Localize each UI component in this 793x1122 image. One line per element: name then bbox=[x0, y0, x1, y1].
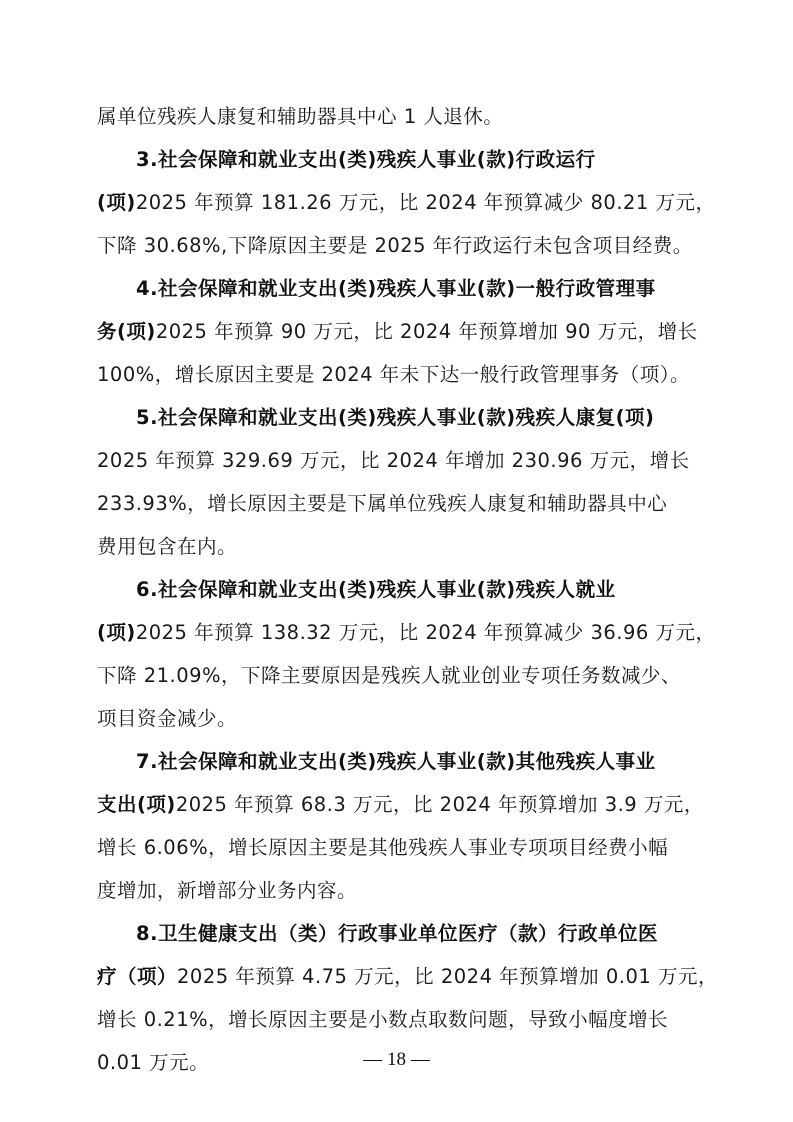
item-8-body-line: 增长 0.21%，增长原因主要是小数点取数问题，导致小幅度增长 bbox=[97, 1006, 668, 1034]
item-7-body-line: 增长 6.06%，增长原因主要是其他残疾人事业专项项目经费小幅 bbox=[97, 834, 668, 862]
item-5-heading: 5.社会保障和就业支出(类)残疾人事业(款)残疾人康复(项) bbox=[136, 404, 654, 432]
item-8-heading: 8.卫生健康支出（类）行政事业单位医疗（款）行政单位医 bbox=[136, 920, 658, 948]
item-4-line: 务(项)2025 年预算 90 万元，比 2024 年预算增加 90 万元，增长 bbox=[97, 318, 698, 346]
item-7-body-line: 度增加，新增部分业务内容。 bbox=[97, 877, 357, 905]
item-5-body-line: 2025 年预算 329.69 万元，比 2024 年增加 230.96 万元，… bbox=[97, 447, 690, 475]
item-5-body-line: 233.93%，增长原因主要是下属单位残疾人康复和辅助器具中心 bbox=[97, 490, 667, 518]
item-7-line: 支出(项)2025 年预算 68.3 万元，比 2024 年预算增加 3.9 万… bbox=[97, 791, 704, 819]
item-4-heading-tail: 务(项) bbox=[97, 320, 156, 343]
item-4-body: 2025 年预算 90 万元，比 2024 年预算增加 90 万元，增长 bbox=[156, 320, 698, 343]
item-7-body: 2025 年预算 68.3 万元，比 2024 年预算增加 3.9 万元， bbox=[176, 793, 704, 816]
item-3-heading: 3.社会保障和就业支出(类)残疾人事业(款)行政运行 bbox=[136, 146, 596, 174]
page-number: — 18 — bbox=[0, 1049, 793, 1071]
item-3-line: (项)2025 年预算 181.26 万元，比 2024 年预算减少 80.21… bbox=[97, 189, 716, 217]
item-4-body-line: 100%，增长原因主要是 2024 年未下达一般行政管理事务（项）。 bbox=[97, 361, 690, 389]
item-8-heading-tail: 疗（项） bbox=[97, 965, 177, 988]
item-5-body-line: 费用包含在内。 bbox=[97, 533, 237, 561]
item-4-heading: 4.社会保障和就业支出(类)残疾人事业(款)一般行政管理事 bbox=[136, 275, 656, 303]
item-6-body-line: 下降 21.09%，下降主要原因是残疾人就业创业专项任务数减少、 bbox=[97, 662, 681, 690]
item-6-line: (项)2025 年预算 138.32 万元，比 2024 年预算减少 36.96… bbox=[97, 619, 716, 647]
paragraph-continuation: 属单位残疾人康复和辅助器具中心 1 人退休。 bbox=[97, 103, 503, 131]
item-8-line: 疗（项）2025 年预算 4.75 万元，比 2024 年预算增加 0.01 万… bbox=[97, 963, 718, 991]
item-6-heading-tail: (项) bbox=[97, 621, 136, 644]
item-6-body-line: 项目资金减少。 bbox=[97, 705, 237, 733]
item-7-heading: 7.社会保障和就业支出(类)残疾人事业(款)其他残疾人事业 bbox=[136, 748, 656, 776]
item-7-heading-tail: 支出(项) bbox=[97, 793, 176, 816]
item-6-body: 2025 年预算 138.32 万元，比 2024 年预算减少 36.96 万元… bbox=[136, 621, 716, 644]
item-8-body: 2025 年预算 4.75 万元，比 2024 年预算增加 0.01 万元， bbox=[177, 965, 718, 988]
item-3-body-line: 下降 30.68%,下降原因主要是 2025 年行政运行未包含项目经费。 bbox=[97, 232, 693, 260]
item-6-heading: 6.社会保障和就业支出(类)残疾人事业(款)残疾人就业 bbox=[136, 576, 616, 604]
item-3-heading-tail: (项) bbox=[97, 191, 136, 214]
item-3-body: 2025 年预算 181.26 万元，比 2024 年预算减少 80.21 万元… bbox=[136, 191, 716, 214]
